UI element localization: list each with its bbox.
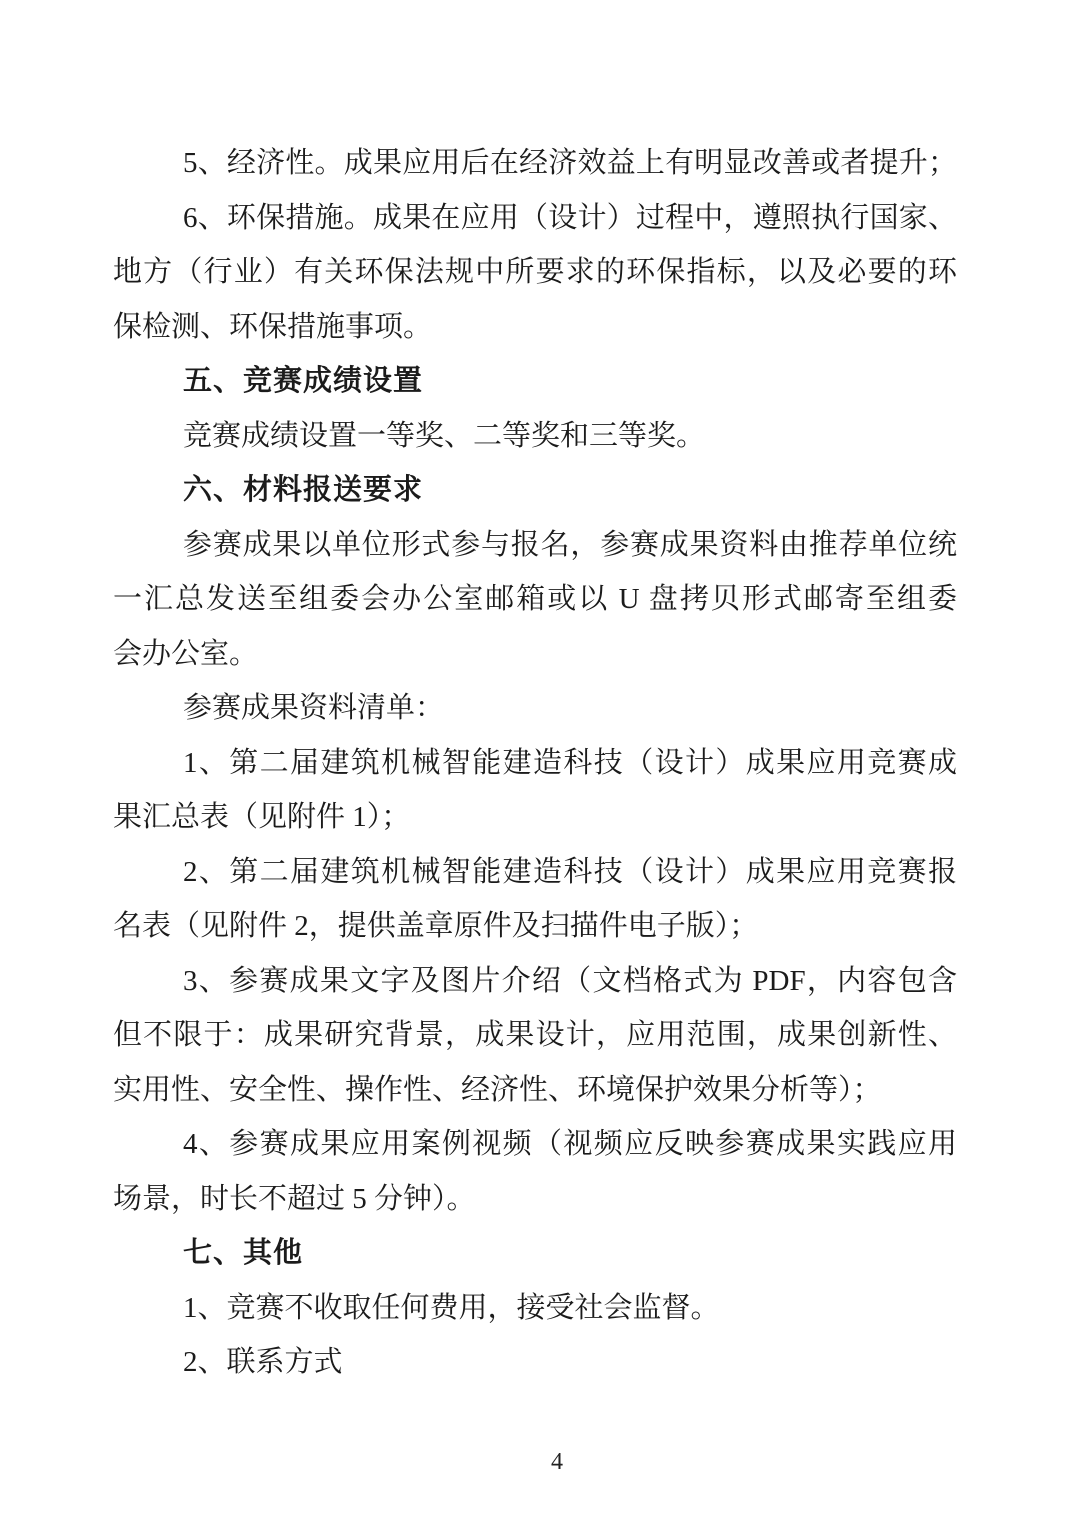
heading-sec6-materials: 六、材料报送要求	[113, 463, 957, 518]
line-materials-1: 参赛成果以单位形式参与报名，参赛成果资料由推荐单位统	[113, 518, 957, 573]
line-item6-env-3: 保检测、环保措施事项。	[113, 300, 957, 355]
line-awards-body: 竞赛成绩设置一等奖、二等奖和三等奖。	[113, 409, 957, 464]
page-number: 4	[0, 1448, 1080, 1476]
line-materials-list-intro: 参赛成果资料清单：	[113, 681, 957, 736]
line-attach4-2: 场景，时长不超过 5 分钟）。	[113, 1172, 957, 1227]
line-attach2-1: 2、第二届建筑机械智能建造科技（设计）成果应用竞赛报	[113, 845, 957, 900]
line-attach1-2: 果汇总表（见附件 1）；	[113, 790, 957, 845]
line-attach2-2: 名表（见附件 2，提供盖章原件及扫描件电子版）；	[113, 899, 957, 954]
heading-sec5-awards: 五、竞赛成绩设置	[113, 354, 957, 409]
line-attach3-1: 3、参赛成果文字及图片介绍（文档格式为 PDF，内容包含	[113, 954, 957, 1009]
line-materials-3: 会办公室。	[113, 627, 957, 682]
line-materials-2: 一汇总发送至组委会办公室邮箱或以 U 盘拷贝形式邮寄至组委	[113, 572, 957, 627]
line-attach1-1: 1、第二届建筑机械智能建造科技（设计）成果应用竞赛成	[113, 736, 957, 791]
line-other-2-contact: 2、联系方式	[113, 1335, 957, 1390]
line-item5-economy: 5、经济性。成果应用后在经济效益上有明显改善或者提升；	[113, 136, 957, 191]
line-attach4-1: 4、参赛成果应用案例视频（视频应反映参赛成果实践应用	[113, 1117, 957, 1172]
line-item6-env-1: 6、环保措施。成果在应用（设计）过程中，遵照执行国家、	[113, 191, 957, 246]
heading-sec7-other: 七、其他	[113, 1226, 957, 1281]
line-attach3-3: 实用性、安全性、操作性、经济性、环境保护效果分析等）；	[113, 1063, 957, 1118]
document-page: 5、经济性。成果应用后在经济效益上有明显改善或者提升； 6、环保措施。成果在应用…	[0, 0, 1080, 1526]
line-attach3-2: 但不限于：成果研究背景，成果设计，应用范围，成果创新性、	[113, 1008, 957, 1063]
line-other-1-fees: 1、竞赛不收取任何费用，接受社会监督。	[113, 1281, 957, 1336]
line-item6-env-2: 地方（行业）有关环保法规中所要求的环保指标，以及必要的环	[113, 245, 957, 300]
document-body: 5、经济性。成果应用后在经济效益上有明显改善或者提升； 6、环保措施。成果在应用…	[113, 136, 957, 1390]
